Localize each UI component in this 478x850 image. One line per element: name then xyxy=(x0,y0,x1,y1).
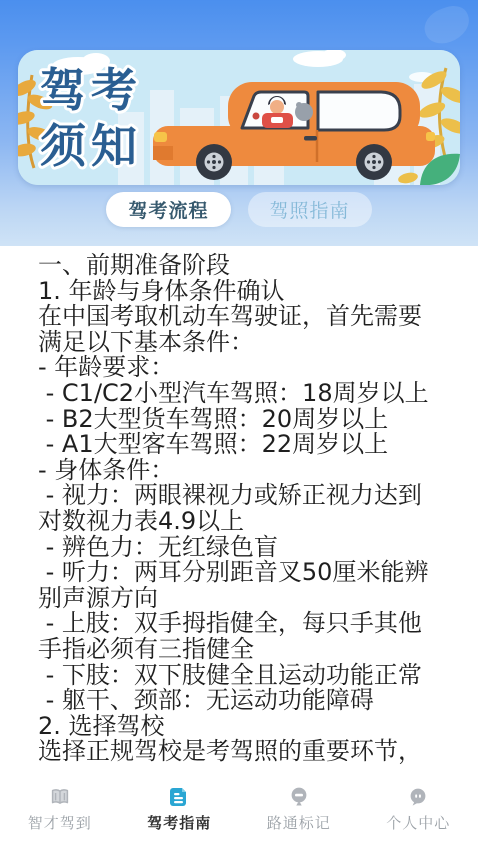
article-line: 对数视力表4.9以上 xyxy=(38,509,440,535)
tab-license-guide-label: 驾照指南 xyxy=(270,196,350,223)
article-scroll-area[interactable]: 一、前期准备阶段 1. 年龄与身体条件确认 在中国考取机动车驾驶证，首先需要 满… xyxy=(0,246,478,778)
rear-wheel xyxy=(356,144,392,180)
tab-item-zhicai-jiadao[interactable]: 智才驾到 xyxy=(0,778,120,850)
article-line: - 躯干、颈部：无运动功能障碍 xyxy=(38,688,440,714)
article-line: 满足以下基本条件： xyxy=(38,330,440,356)
article-line: 手指必须有三指健全 xyxy=(38,637,440,663)
front-wheel xyxy=(196,144,232,180)
article-line: 选择正规驾校是考驾照的重要环节， xyxy=(38,739,440,765)
banner-title-line1: 驾考 xyxy=(40,63,142,117)
header-hero: 驾考 须知 驾考流程 驾照指南 xyxy=(0,0,478,246)
segmented-control: 驾考流程 驾照指南 xyxy=(0,192,478,227)
road-sign-icon xyxy=(287,785,311,809)
article-line: 一、前期准备阶段 xyxy=(38,253,440,279)
book-icon xyxy=(48,785,72,809)
tab-label: 路通标记 xyxy=(267,812,331,833)
article-line: 别声源方向 xyxy=(38,586,440,612)
article-line: - 视力：两眼裸视力或矫正视力达到 xyxy=(38,483,440,509)
article-line: - B2大型货车驾照：20周岁以上 xyxy=(38,407,440,433)
tab-license-guide[interactable]: 驾照指南 xyxy=(248,192,372,227)
tab-exam-process[interactable]: 驾考流程 xyxy=(106,192,230,227)
article-line: - 身体条件： xyxy=(38,458,440,484)
article-line: - C1/C2小型汽车驾照：18周岁以上 xyxy=(38,381,440,407)
article-line: - 下肢：双下肢健全且运动功能正常 xyxy=(38,663,440,689)
bottom-tab-bar: 智才驾到 驾考指南 路通标记 xyxy=(0,778,478,850)
document-icon xyxy=(167,785,191,809)
article-line: - 上肢：双手拇指健全，每只手其他 xyxy=(38,611,440,637)
tab-item-jiakao-zhinan[interactable]: 驾考指南 xyxy=(120,778,240,850)
article-line: - 辨色力：无红绿色盲 xyxy=(38,535,440,561)
leaf-watermark xyxy=(420,1,475,49)
tab-item-geren-zhongxin[interactable]: 个人中心 xyxy=(359,778,478,850)
exam-notice-banner: 驾考 须知 xyxy=(18,50,460,185)
article-line: - A1大型客车驾照：22周岁以上 xyxy=(38,432,440,458)
tab-item-lutong-biaoji[interactable]: 路通标记 xyxy=(239,778,359,850)
tab-label: 驾考指南 xyxy=(147,812,211,833)
article-line: 1. 年龄与身体条件确认 xyxy=(38,279,440,305)
article-line: - 听力：两耳分别距音叉50厘米能辨 xyxy=(38,560,440,586)
article-line: 2. 选择驾校 xyxy=(38,714,440,740)
article-line: - 年龄要求： xyxy=(38,355,440,381)
banner-title-line2: 须知 xyxy=(40,119,142,173)
chat-bubble-icon xyxy=(406,785,430,809)
banner-illustration: 驾考 须知 xyxy=(18,50,460,185)
tab-exam-process-label: 驾考流程 xyxy=(128,196,208,223)
tab-label: 智才驾到 xyxy=(28,812,92,833)
app-screen: 驾考 须知 驾考流程 驾照指南 一、前期准备阶段 1. 年龄与身体条件确认 在中… xyxy=(0,0,478,850)
article-line: 在中国考取机动车驾驶证，首先需要 xyxy=(38,304,440,330)
tab-label: 个人中心 xyxy=(386,812,450,833)
